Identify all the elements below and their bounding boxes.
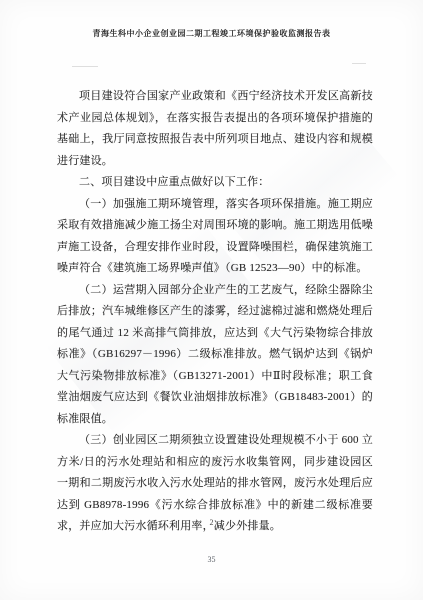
document-body: 项目建设符合国家产业政策和《西宁经济技术开发区高新技术产业园总体规划》，在落实报… xyxy=(57,86,373,538)
paragraph-item-one-construction: （一）加强施工期环境管理，落实各项环保措施。施工期应采取有效措施减少施工扬尘对周… xyxy=(57,194,373,280)
paragraph-item-two-exhaust: （二）运营期入园部分企业产生的工艺废气，经除尘器除尘后排放；汽车城维修区产生的漆… xyxy=(57,280,373,431)
scan-artifact-mark xyxy=(72,66,98,67)
document-title: 青海生科中小企业创业园二期工程竣工环境保护验收监测报告表 xyxy=(0,28,423,39)
scanned-document-page: 青海生科中小企业创业园二期工程竣工环境保护验收监测报告表 项目建设符合国家产业政… xyxy=(0,0,423,600)
scan-artifact-mark xyxy=(352,63,366,64)
paragraph-section-two-heading: 二、项目建设中应重点做好以下工作： xyxy=(57,172,373,194)
page-number-document: 2 xyxy=(0,518,423,527)
paragraph-approval: 项目建设符合国家产业政策和《西宁经济技术开发区高新技术产业园总体规划》，在落实报… xyxy=(57,86,373,172)
page-number-report: 35 xyxy=(0,555,423,564)
